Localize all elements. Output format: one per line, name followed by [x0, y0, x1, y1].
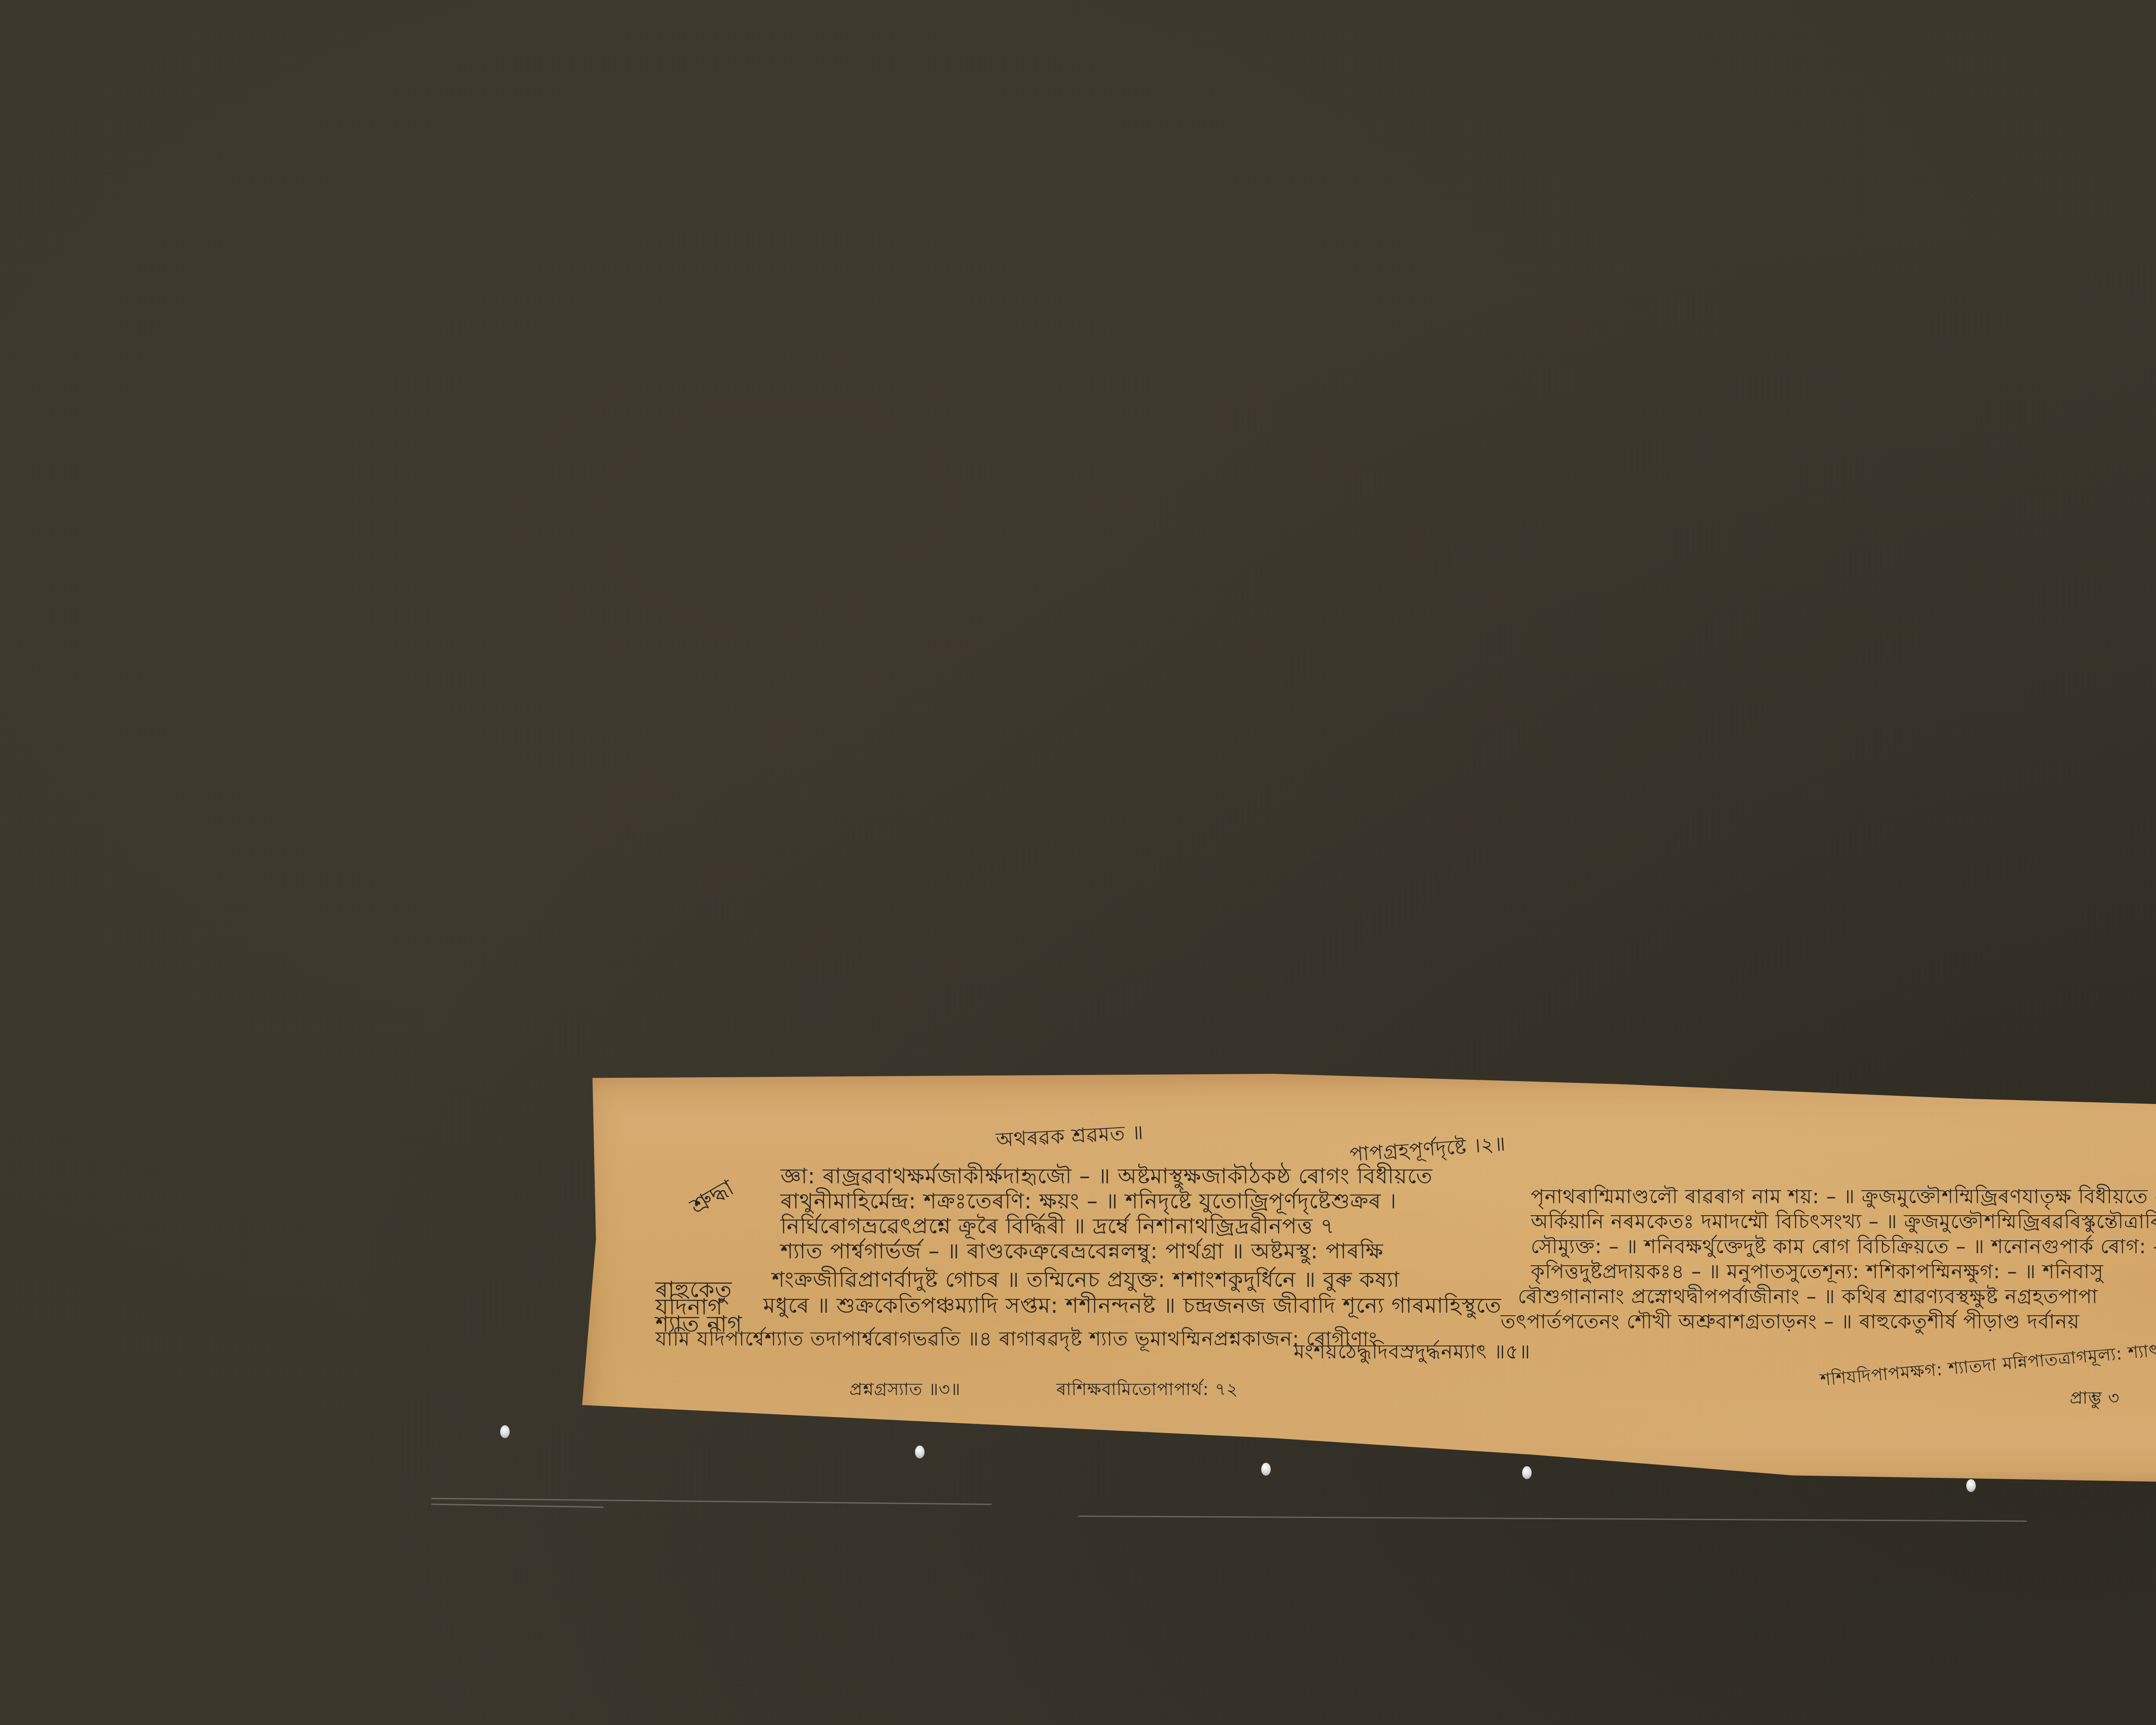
- margin-note-top: শ্ৰুদ্ধা: [683, 1170, 742, 1226]
- bottom-note: ৰাশিক্ষবামিতোপাপাৰ্থ: ৭২: [1056, 1376, 1238, 1405]
- bottom-note: প্ৰশ্নগ্ৰস্যাত ॥৩॥: [849, 1376, 961, 1405]
- text-line: যামি যদিপাৰ্শ্বেশ্যাত তদাপাৰ্শ্বৰোগভৱতি …: [655, 1324, 1377, 1357]
- heading-left: অথৰৱক শ্ৰৱমত ॥: [995, 1117, 1144, 1158]
- mounting-pin: [915, 1446, 924, 1458]
- text-line: মংশয়ঠেদ্ধুদিবস্ৰদুৰ্দ্ধনম্যাৎ ॥৫॥: [1294, 1337, 1530, 1370]
- text-line: তৎপাৰ্তপতেনং শৌখী অশ্ৰুবাশগ্ৰতাড়নং – ॥ …: [1501, 1307, 2080, 1339]
- mounting-pin: [1966, 1479, 1976, 1492]
- mounting-pin: [500, 1425, 510, 1438]
- text-line: মধুৰে ॥ শুক্ৰকেতিপঞ্চম্যাদি সপ্তম: শশীনন…: [763, 1289, 1501, 1325]
- mounting-pin: [1261, 1463, 1271, 1476]
- mounting-pin: [1522, 1466, 1532, 1479]
- text-line: প্ৰাম্ভু ৩: [2070, 1384, 2120, 1413]
